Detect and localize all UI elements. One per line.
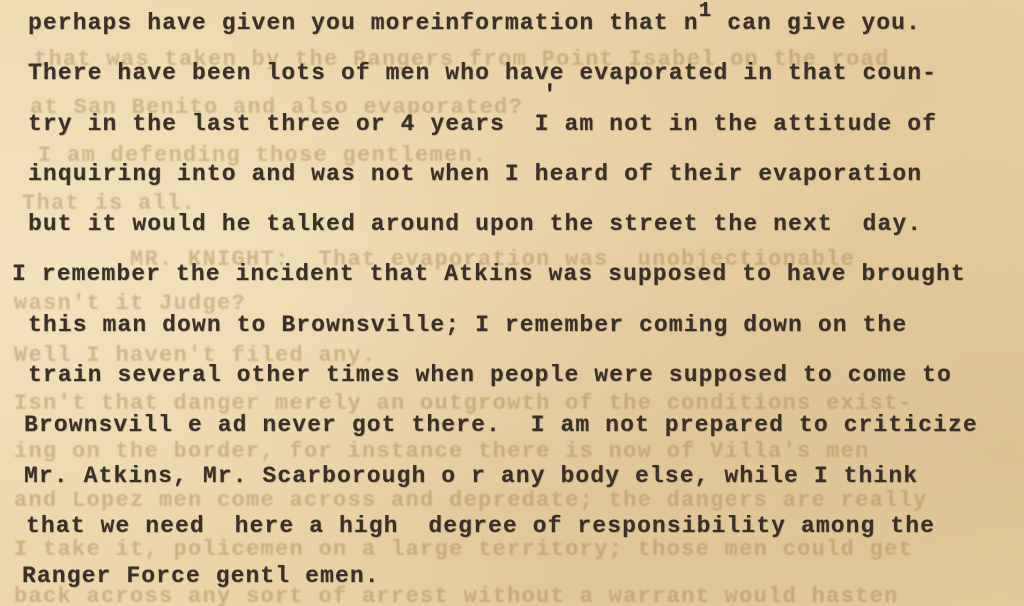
typed-text-line: Mr. Atkins, Mr. Scarborough o r any body… xyxy=(24,463,918,490)
typed-text-line: this man down to Brownsville; I remember… xyxy=(28,312,907,339)
typed-text-line: perhaps have given you moreinformation t… xyxy=(28,10,921,38)
document-page: that was taken by the Rangers from Point… xyxy=(0,0,1024,606)
typed-text-line: I remember the incident that Atkins was … xyxy=(12,261,966,288)
typed-text-segment: perhaps have given you moreinformation t… xyxy=(28,10,699,36)
typed-text-line: train several other times when people we… xyxy=(28,362,952,389)
typed-text-line: There have been lots of men who have eva… xyxy=(28,60,937,87)
typed-text-segment: can give you. xyxy=(712,10,921,36)
typed-text-line: try in the last three or 4 years I am no… xyxy=(28,111,937,138)
typed-text-line: Brownsvill e ad never got there. I am no… xyxy=(24,412,978,439)
typed-text-line: but it would he talked around upon the s… xyxy=(28,211,922,238)
typed-text-line: inquiring into and was not when I heard … xyxy=(28,161,922,188)
ghost-text-line: and Lopez men come across and depredate;… xyxy=(14,488,928,514)
typed-text-line: that we need here a high degree of respo… xyxy=(26,513,935,540)
stray-ink-mark: ' xyxy=(542,80,558,110)
typed-text-line: Ranger Force gentl emen. xyxy=(22,563,380,590)
ghost-text-line: I take it, policemen on a large territor… xyxy=(14,537,913,563)
raised-character: 1 xyxy=(699,0,713,23)
ghost-text-line: ing on the border, for instance there is… xyxy=(14,439,870,465)
